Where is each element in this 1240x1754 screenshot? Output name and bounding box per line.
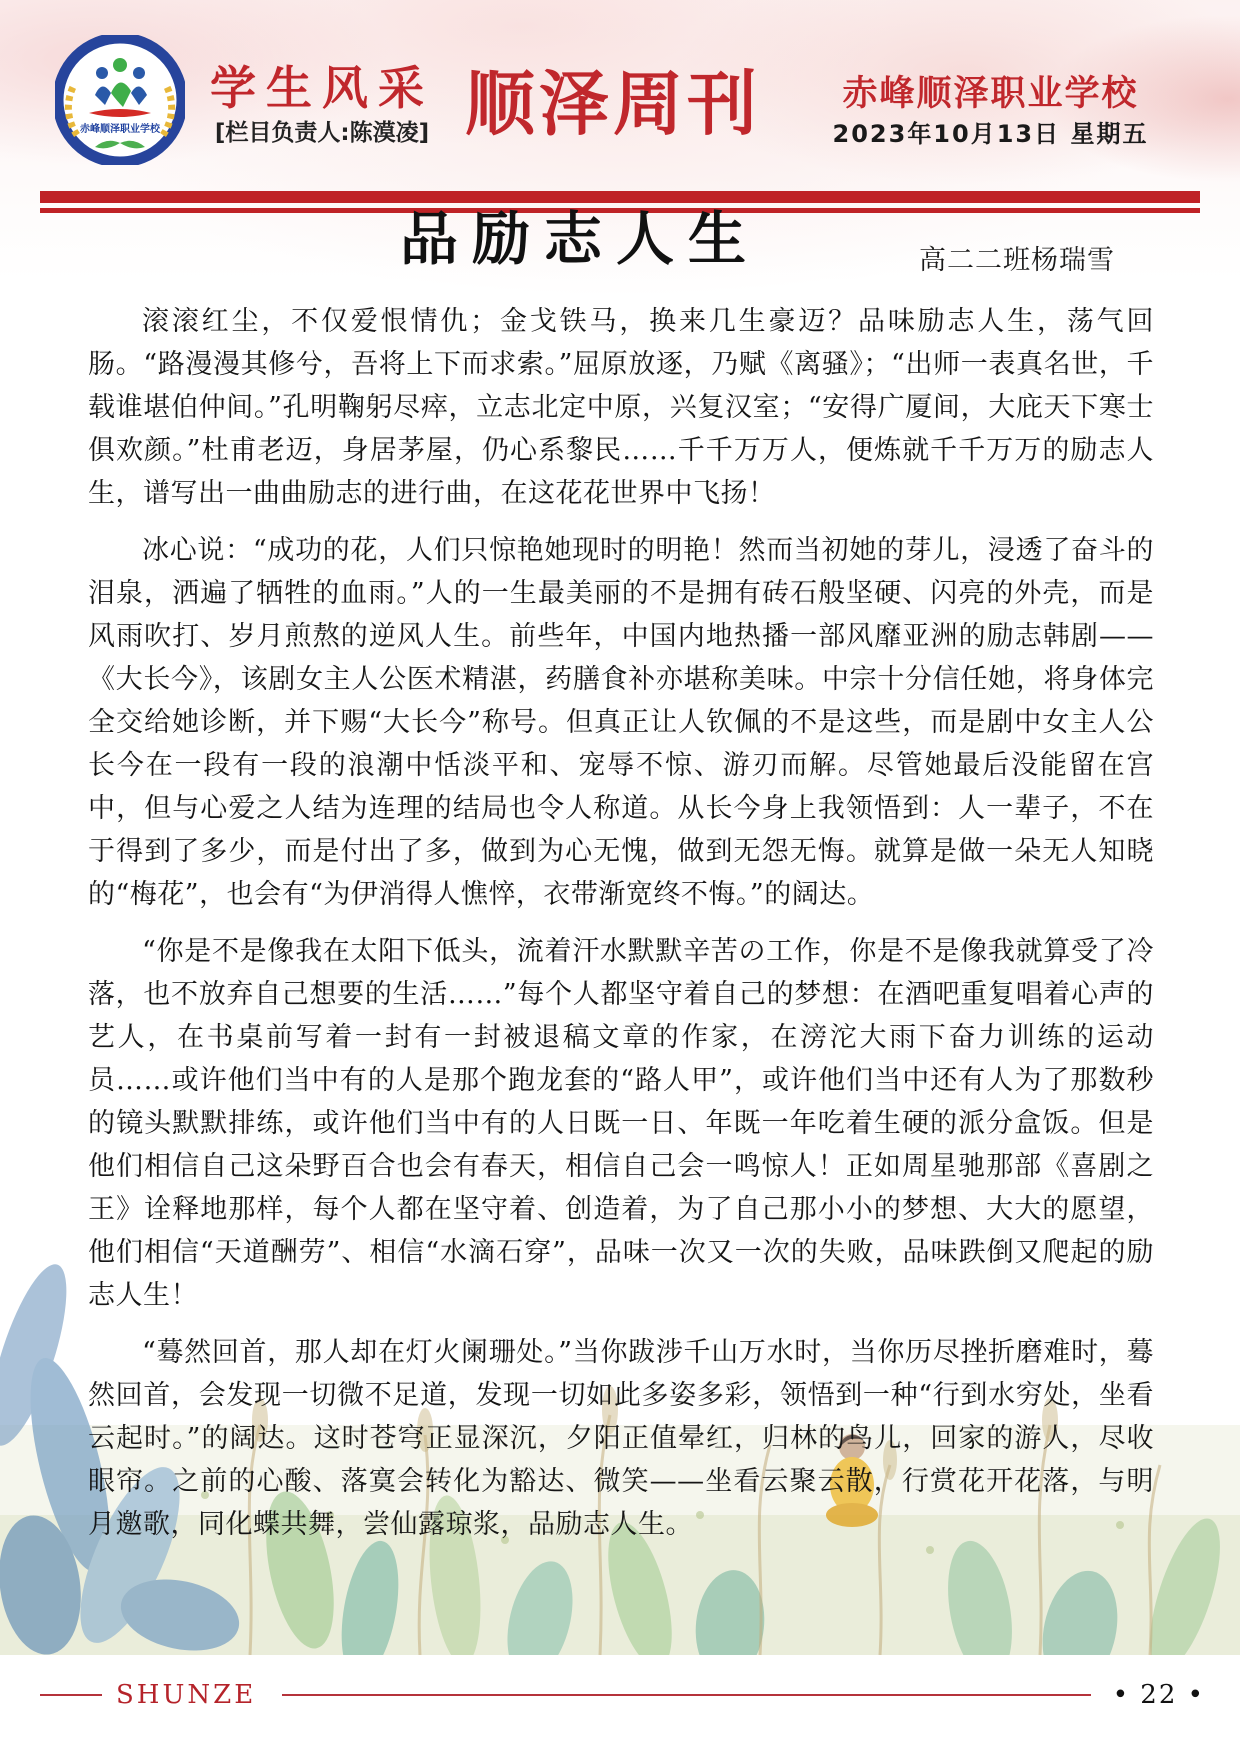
footer-rule-line <box>282 1694 1091 1696</box>
page-header: 赤峰顺泽职业学校 学生风采 [栏目负责人:陈漠凌] 顺泽周刊 赤峰顺泽职业学校 … <box>40 30 1200 180</box>
column-manager: [栏目负责人:陈漠凌] <box>192 114 452 147</box>
footer-brand: SHUNZE <box>116 1680 256 1710</box>
paragraph-2: 冰心说：“成功的花，人们只惊艳她现时的明艳！然而当初她的芽儿，浸透了奋斗的泪泉，… <box>88 529 1154 916</box>
date-line: 2023年10月13日 星期五 <box>778 114 1203 149</box>
paragraph-1: 滚滚红尘，不仅爱恨情仇；金戈铁马，换来几生豪迈？品味励志人生，荡气回肠。“路漫漫… <box>88 300 1154 515</box>
page-number: • 22 • <box>1113 1680 1205 1710</box>
school-name: 赤峰顺泽职业学校 <box>778 66 1203 116</box>
column-title: 学生风采 <box>192 52 452 118</box>
article-author: 高二二班杨瑞雪 <box>40 238 1115 277</box>
masthead-title: 顺泽周刊 <box>448 48 778 149</box>
footer-dash-line <box>40 1694 102 1696</box>
paragraph-3: “你是不是像我在太阳下低头，流着汗水默默辛苦の工作，你是不是像我就算受了冷落，也… <box>88 930 1154 1317</box>
article-body: 滚滚红尘，不仅爱恨情仇；金戈铁马，换来几生豪迈？品味励志人生，荡气回肠。“路漫漫… <box>88 300 1154 1560</box>
svg-text:赤峰顺泽职业学校: 赤峰顺泽职业学校 <box>80 122 161 135</box>
paragraph-4: “蓦然回首，那人却在灯火阑珊处。”当你跋涉千山万水时，当你历尽挫折磨难时，蓦然回… <box>88 1331 1154 1546</box>
page-footer: SHUNZE • 22 • <box>40 1678 1205 1712</box>
school-logo: 赤峰顺泽职业学校 <box>55 35 185 165</box>
